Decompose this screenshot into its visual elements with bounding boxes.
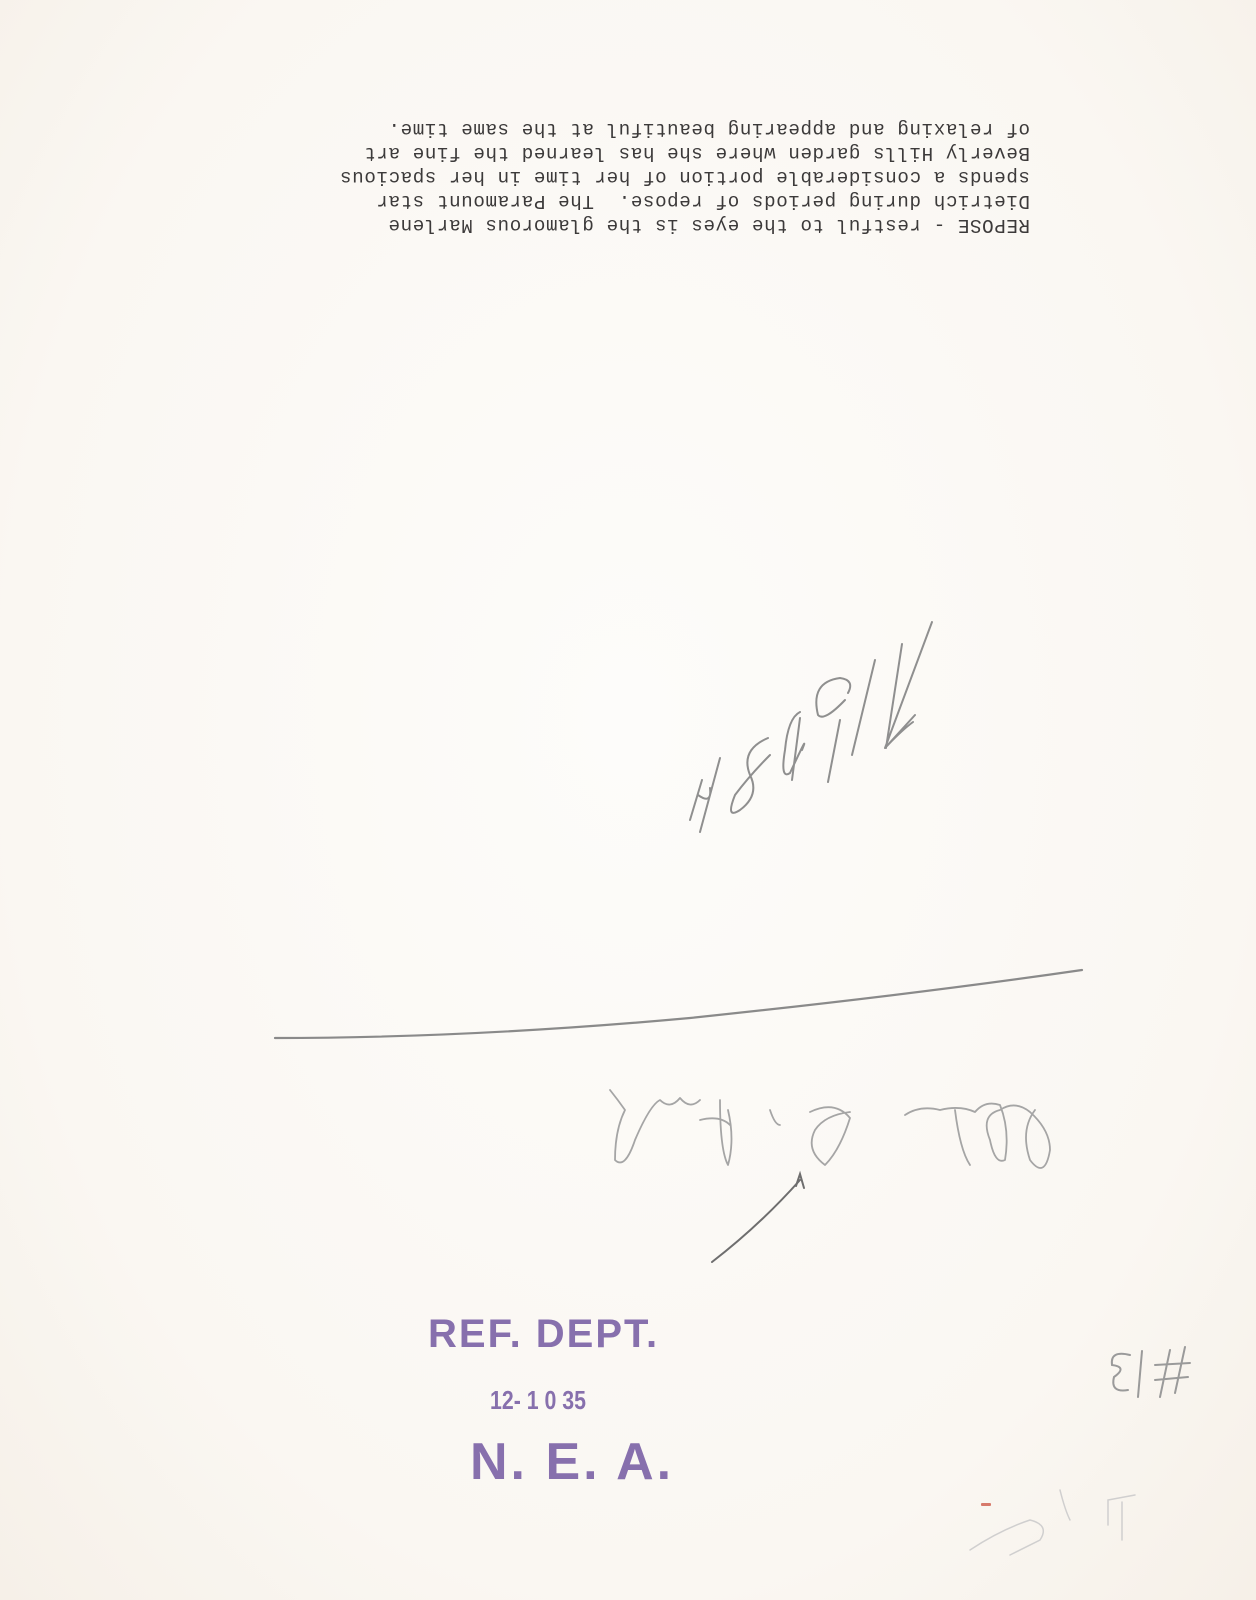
caption-line-4: Beverly Hills garden where she has learn… <box>364 142 1030 164</box>
handwritten-corner-number: #13 <box>1100 1335 1210 1405</box>
typed-caption: REPOSE - restful to the eyes is the glam… <box>140 100 1040 240</box>
paper-sheet <box>0 0 1256 1600</box>
pencil-arrow <box>700 1170 820 1270</box>
stamp-nea: N. E. A. <box>470 1432 674 1492</box>
handwritten-signature: Marlene Dietrich <box>610 1070 1060 1180</box>
caption-line-3: spends a considerable portion of her tim… <box>339 166 1030 188</box>
caption-line-2: Dietrich during periods of repose. The P… <box>376 190 1030 212</box>
pencil-line <box>270 960 1090 1050</box>
red-ink-mark <box>981 1503 991 1506</box>
stamp-date: 12- 1 0 35 <box>490 1385 586 1416</box>
stamp-ref-dept: REF. DEPT. <box>428 1312 659 1357</box>
caption-line-1: REPOSE - restful to the eyes is the glam… <box>388 214 1030 236</box>
handwritten-catalog-number: A16984 <box>640 600 940 840</box>
caption-line-5: of relaxing and appearing beautiful at t… <box>388 118 1030 140</box>
faint-pencil-note: 5 11 <box>960 1470 1140 1560</box>
